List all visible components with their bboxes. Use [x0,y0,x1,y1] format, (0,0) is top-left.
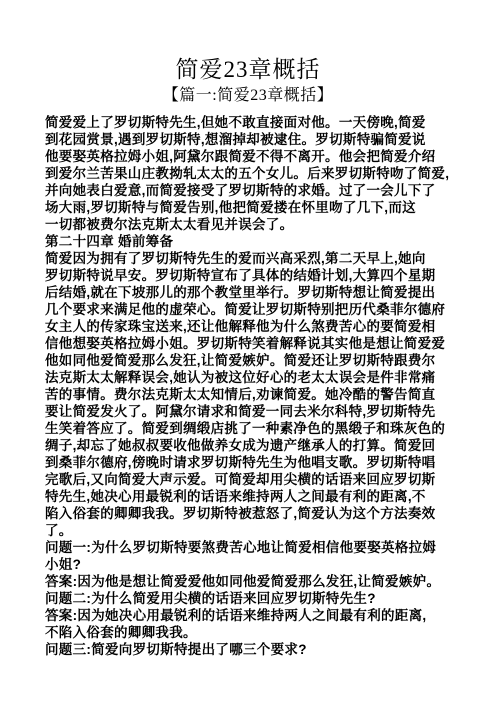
answer-1: 答案:因为他是想让简爱爱他如同他爱简爱那么发狂,让简爱嫉妒。 [45,573,452,590]
question-3: 问题三:简爱向罗切斯特提出了哪三个要求? [45,641,452,658]
answer-2: 答案:因为她决心用最锐利的话语来维持两人之间最有利的距离, 不陷入俗套的卿卿我我… [45,607,452,641]
document-subtitle: 【篇一:简爱23章概括】 [0,86,496,105]
chapter-24-heading: 第二十四章 婚前筹备 [45,233,452,250]
question-1: 问题一:为什么罗切斯特要煞费苦心地让简爱相信他要娶英格拉姆 小姐? [45,539,452,573]
question-2: 问题二:为什么简爱用尖横的话语来回应罗切斯特先生? [45,590,452,607]
paragraph-chapter24-summary: 简爱因为拥有了罗切斯特先生的爱而兴高采烈,第二天早上,她向 罗切斯特说早安。罗切… [45,250,452,539]
document-body: 简爱爱上了罗切斯特先生,但她不敢直接面对他。一天傍晚,简爱 到花园赏景,遇到罗切… [45,114,452,658]
document-page: 简爱23章概括 【篇一:简爱23章概括】 简爱爱上了罗切斯特先生,但她不敢直接面… [0,0,496,702]
document-title: 简爱23章概括 [0,0,496,83]
paragraph-chapter23-summary: 简爱爱上了罗切斯特先生,但她不敢直接面对他。一天傍晚,简爱 到花园赏景,遇到罗切… [45,114,452,233]
